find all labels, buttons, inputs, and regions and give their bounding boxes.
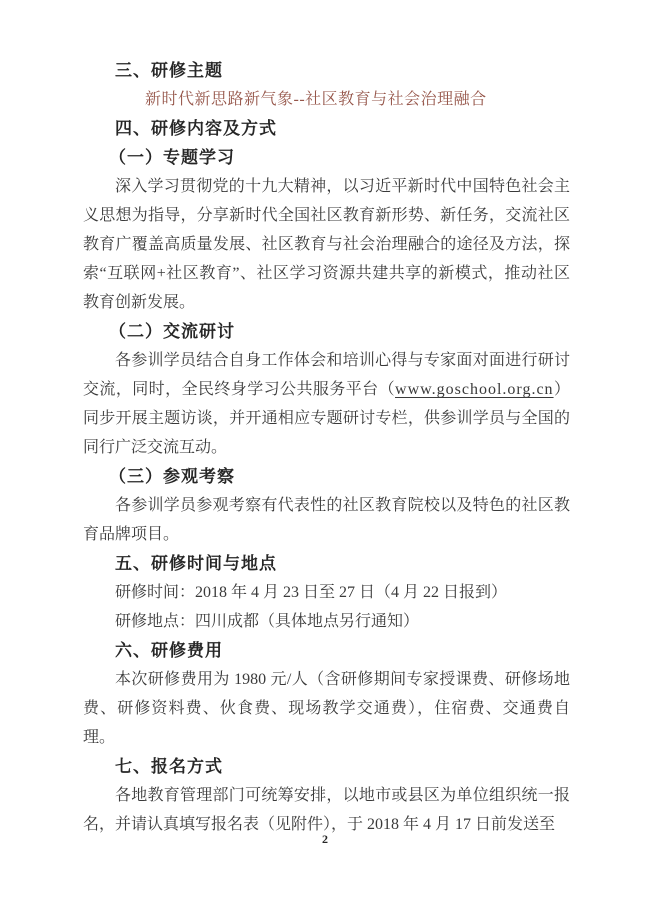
section-6-heading: 六、研修费用 — [83, 636, 570, 665]
exchange-discussion-paragraph: 各参训学员结合自身工作体会和培训心得与专家面对面进行研讨交流，同时，全民终身学习… — [83, 346, 570, 462]
document-content: 三、研修主题 新时代新思路新气象--社区教育与社会治理融合 四、研修内容及方式 … — [83, 56, 570, 839]
page-number: 2 — [0, 832, 650, 847]
training-place-line: 研修地点：四川成都（具体地点另行通知） — [83, 607, 570, 636]
fee-paragraph: 本次研修费用为 1980 元/人（含研修期间专家授课费、研修场地费、研修资料费、… — [83, 665, 570, 752]
section-4-3-heading: （三）参观考察 — [83, 462, 570, 491]
section-5-heading: 五、研修时间与地点 — [83, 549, 570, 578]
section-7-heading: 七、报名方式 — [83, 752, 570, 781]
training-time-line: 研修时间：2018 年 4 月 23 日至 27 日（4 月 22 日报到） — [83, 578, 570, 607]
section-4-1-heading: （一）专题学习 — [83, 143, 570, 172]
thematic-study-paragraph: 深入学习贯彻党的十九大精神，以习近平新时代中国特色社会主义思想为指导，分享新时代… — [83, 172, 570, 317]
site-visit-paragraph: 各参训学员参观考察有代表性的社区教育院校以及特色的社区教育品牌项目。 — [83, 491, 570, 549]
goschool-website-link[interactable]: www.goschool.org.cn — [395, 381, 554, 398]
section-4-heading: 四、研修内容及方式 — [83, 114, 570, 143]
section-3-heading: 三、研修主题 — [83, 56, 570, 85]
document-page: 三、研修主题 新时代新思路新气象--社区教育与社会治理融合 四、研修内容及方式 … — [0, 0, 650, 919]
section-4-2-heading: （二）交流研讨 — [83, 317, 570, 346]
training-theme-subtitle: 新时代新思路新气象--社区教育与社会治理融合 — [83, 85, 570, 114]
registration-paragraph: 各地教育管理部门可统筹安排，以地市或县区为单位组织统一报名，并请认真填写报名表（… — [83, 781, 570, 839]
